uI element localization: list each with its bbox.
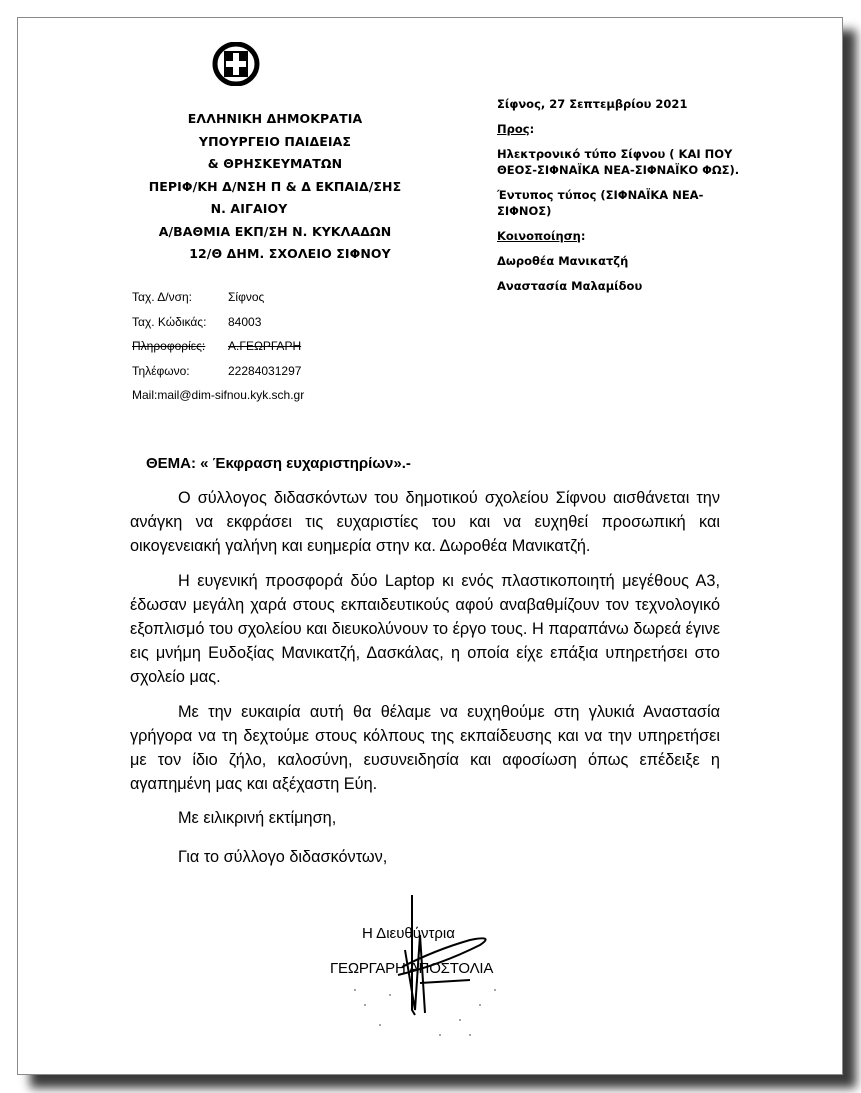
letter-body: Ο σύλλογος διδασκόντων του δημοτικού σχο… — [130, 486, 720, 883]
to-recipient: Έντυπος τύπος (ΣΙΦΝΑΪΚΑ ΝΕΑ-ΣΙΦΝΟΣ) — [497, 187, 747, 219]
contact-row-info: Πληροφορίες: Α.ΓΕΩΡΓΑΡΗ — [132, 339, 304, 364]
contact-label: Πληροφορίες: — [132, 339, 228, 364]
org-line: ΠΕΡΙΦ/ΚΗ Δ/ΝΣΗ Π & Δ ΕΚΠΑΙΔ/ΣΗΣ — [110, 176, 440, 199]
cc-recipient: Αναστασία Μαλαμίδου — [497, 278, 747, 294]
recipients-block: Σίφνος, 27 Σεπτεμβρίου 2021 Προς: Ηλεκτρ… — [497, 96, 747, 303]
org-line: ΥΠΟΥΡΓΕΙΟ ΠΑΙΔΕΙΑΣ — [110, 131, 440, 154]
contact-label: Ταχ. Δ/νση: — [132, 290, 228, 315]
contact-row-address: Ταχ. Δ/νση: Σίφνος — [132, 290, 304, 315]
contact-value: 22284031297 — [228, 364, 301, 389]
closing-line: Για το σύλλογο διδασκόντων, — [130, 845, 720, 869]
closing-line: Με ειλικρινή εκτίμηση, — [130, 806, 720, 830]
contact-row-phone: Τηλέφωνο: 22284031297 — [132, 364, 304, 389]
org-line: ΕΛΛΗΝΙΚΗ ΔΗΜΟΚΡΑΤΙΑ — [110, 108, 440, 131]
body-paragraph: Με την ευκαιρία αυτή θα θέλαμε να ευχηθο… — [130, 700, 720, 797]
contact-value: Σίφνος — [228, 290, 264, 315]
org-line: Ν. ΑΙΓΑΙΟΥ — [110, 198, 440, 221]
cc-recipient: Δωροθέα Μανικατζή — [497, 253, 747, 269]
org-line: & ΘΡΗΣΚΕΥΜΑΤΩΝ — [110, 153, 440, 176]
to-heading: Προς: — [497, 121, 747, 137]
contact-label: Τηλέφωνο: — [132, 364, 228, 389]
cc-heading: Κοινοποίηση: — [497, 228, 747, 244]
mail-value: mail@dim-sifnou.kyk.sch.gr — [157, 388, 304, 413]
contact-row-postcode: Ταχ. Κώδικάς: 84003 — [132, 315, 304, 340]
contact-label: Ταχ. Κώδικάς: — [132, 315, 228, 340]
contact-value: Α.ΓΕΩΡΓΑΡΗ — [228, 339, 301, 364]
org-line: 12/Θ ΔΗΜ. ΣΧΟΛΕΙΟ ΣΙΦΝΟΥ — [110, 243, 440, 266]
body-paragraph: Ο σύλλογος διδασκόντων του δημοτικού σχο… — [130, 486, 720, 559]
to-recipient: Ηλεκτρονικό τύπο Σίφνου ( ΚΑΙ ΠΟΥ ΘΕΟΣ-Σ… — [497, 146, 747, 178]
cc-colon: : — [581, 229, 586, 243]
greek-emblem-icon — [212, 42, 260, 86]
letter-subject: ΘΕΜΑ: « Έκφραση ευχαριστηρίων».- — [146, 455, 411, 472]
cc-label: Κοινοποίηση — [497, 229, 581, 243]
org-line: Α/ΒΑΘΜΙΑ ΕΚΠ/ΣΗ Ν. ΚΥΚΛΑΔΩΝ — [110, 221, 440, 244]
contact-value: 84003 — [228, 315, 261, 340]
issuing-organization: ΕΛΛΗΝΙΚΗ ΔΗΜΟΚΡΑΤΙΑ ΥΠΟΥΡΓΕΙΟ ΠΑΙΔΕΙΑΣ &… — [110, 108, 440, 266]
body-paragraph: Η ευγενική προσφορά δύο Laptop κι ενός π… — [130, 569, 720, 690]
signature-icon — [320, 895, 540, 1055]
contact-row-mail: Mail:mail@dim-sifnou.kyk.sch.gr — [132, 388, 304, 413]
to-colon: : — [530, 122, 535, 136]
letter-date: Σίφνος, 27 Σεπτεμβρίου 2021 — [497, 96, 747, 112]
contact-details: Ταχ. Δ/νση: Σίφνος Ταχ. Κώδικάς: 84003 Π… — [132, 290, 304, 413]
to-label: Προς — [497, 122, 530, 136]
mail-label: Mail: — [132, 388, 157, 413]
